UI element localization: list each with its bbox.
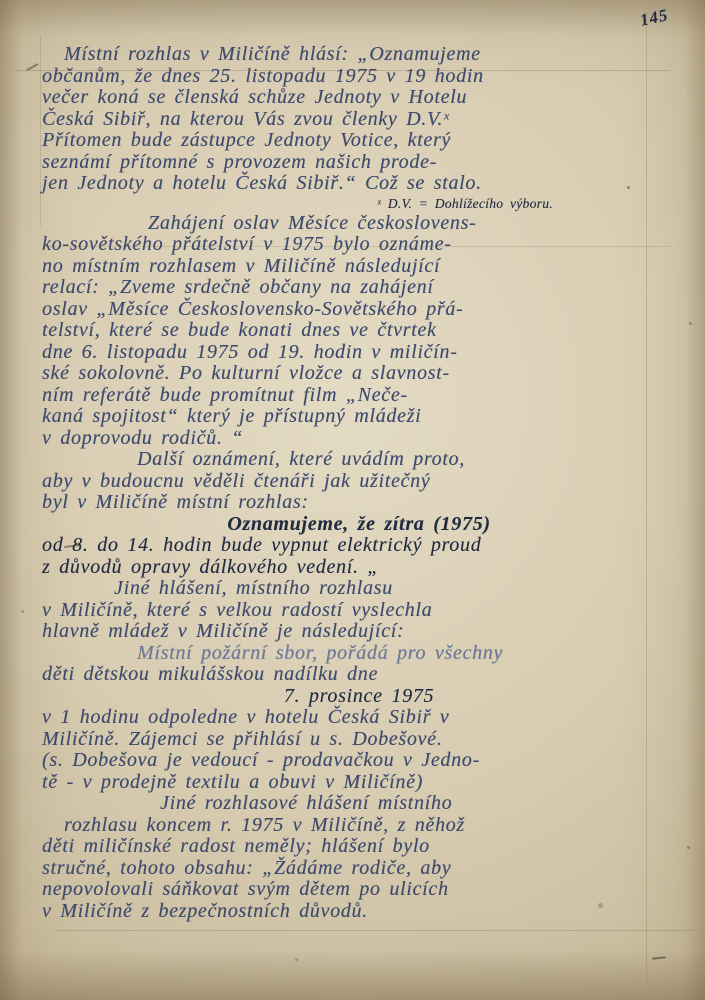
handwritten-line: večer koná se členská schůze Jednoty v H… [42,87,676,109]
handwritten-line: 7. prosince 1975 [42,686,676,708]
handwritten-line: Místní rozhlas v Miličíně hlásí: „Oznamu… [42,44,676,66]
handwritten-line: tě - v prodejně textilu a obuvi v Miličí… [42,772,676,794]
handwritten-line: Místní požární sbor, pořádá pro všechny [42,643,676,665]
paragraph: Místní požární sbor, pořádá pro všechnyd… [42,643,676,794]
handwritten-line: v doprovodu rodičů. “ [42,428,676,450]
handwritten-line: v 1 hodinu odpoledne v hotelu Česká Sibi… [42,707,676,729]
handwritten-line: rozhlasu koncem r. 1975 v Miličíně, z ně… [42,815,676,837]
handwritten-line: seznámí přítomné s provozem našich prode… [42,152,676,174]
handwritten-line: v Miličíně z bezpečnostních důvodů. [42,901,676,923]
paragraph: Jiné hlášení, místního rozhlasuv Miličín… [42,578,676,643]
handwritten-line: ním referátě bude promítnut film „Neče- [42,385,676,407]
handwritten-line: byl v Miličíně místní rozhlas: [42,492,676,514]
handwritten-line: no místním rozhlasem v Miličíně následuj… [42,256,676,278]
handwritten-line: ˣ D.V. = Dohlížecího výboru. [42,195,676,213]
handwritten-line: hlavně mládež v Miličíně je následující: [42,621,676,643]
handwritten-line: Zahájení oslav Měsíce českoslovens- [42,213,676,235]
handwritten-line: z důvodů opravy dálkového vedení. „ [42,557,676,579]
paragraph: Zahájení oslav Měsíce českoslovens-ko-so… [42,213,676,450]
handwritten-line: Miličíně. Zájemci se přihlásí u s. Dobeš… [42,729,676,751]
page-number: 145 [638,5,670,30]
handwritten-line: Česká Sibiř, na kterou Vás zvou členky D… [42,109,676,131]
pencil-line-bottom [55,930,695,931]
handwritten-line: (s. Dobešova je vedoucí - prodavačkou v … [42,750,676,772]
handwritten-line: aby v budoucnu věděli čtenáři jak užiteč… [42,471,676,493]
handwritten-line: Přítomen bude zástupce Jednoty Votice, k… [42,130,676,152]
handwritten-line: v Miličíně, které s velkou radostí vysle… [42,600,676,622]
pencil-dash-mark [652,956,666,959]
handwritten-line: Jiné hlášení, místního rozhlasu [42,578,676,600]
handwritten-line: relací: „Zveme srdečně občany na zahájen… [42,277,676,299]
handwritten-line: ko-sovětského přátelství v 1975 bylo ozn… [42,234,676,256]
handwritten-text: Místní rozhlas v Miličíně hlásí: „Oznamu… [42,44,676,922]
pencil-margin-line-left [40,36,41,226]
handwritten-line: Oznamujeme, že zítra (1975) [42,514,676,536]
paragraph: Jiné rozhlasové hlášení místníhorozhlasu… [42,793,676,922]
handwritten-line: občanům, že dnes 25. listopadu 1975 v 19… [42,66,676,88]
handwritten-line: Jiné rozhlasové hlášení místního [42,793,676,815]
handwritten-line: nepovolovali sáňkovat svým dětem po ulic… [42,879,676,901]
handwritten-line: telství, které se bude konati dnes ve čt… [42,320,676,342]
handwritten-line: od 8. do 14. hodin bude vypnut elektrick… [42,535,676,557]
handwritten-line: Další oznámení, které uvádím proto, [42,449,676,471]
handwritten-line: kaná spojitost“ který je přístupný mláde… [42,406,676,428]
paragraph: Další oznámení, které uvádím proto,aby v… [42,449,676,578]
handwritten-line: ské sokolovně. Po kulturní vložce a slav… [42,363,676,385]
handwritten-line: dne 6. listopadu 1975 od 19. hodin v mil… [42,342,676,364]
handwritten-line: děti dětskou mikulášskou nadílku dne [42,664,676,686]
handwritten-line: stručné, tohoto obsahu: „Žádáme rodiče, … [42,858,676,880]
paragraph: Místní rozhlas v Miličíně hlásí: „Oznamu… [42,44,676,213]
handwritten-line: děti miličínské radost neměly; hlášení b… [42,836,676,858]
scanned-chronicle-page: 145 Místní rozhlas v Miličíně hlásí: „Oz… [0,0,705,1000]
handwritten-line: jen Jednoty a hotelu Česká Sibiř.“ Což s… [42,173,676,195]
handwritten-line: oslav „Měsíce Československo-Sovětského … [42,299,676,321]
